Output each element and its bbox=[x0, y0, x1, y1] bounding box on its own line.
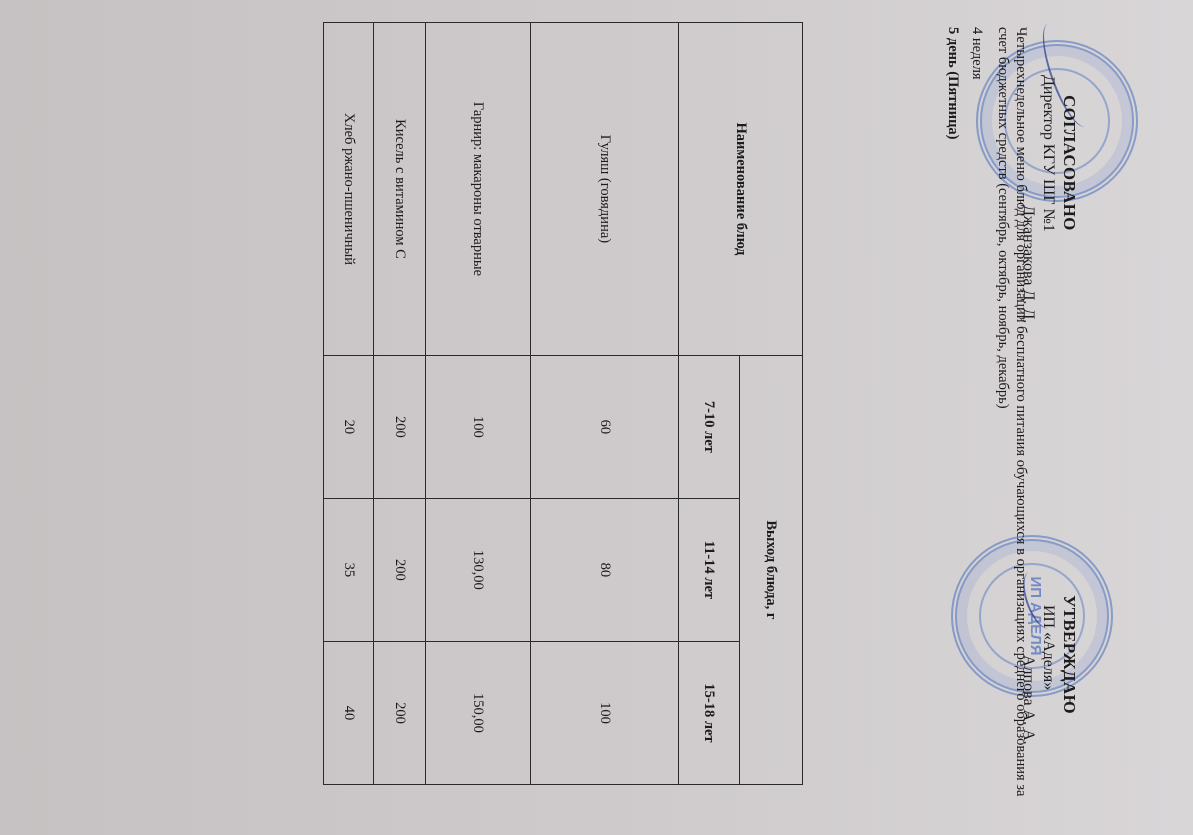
yield-value: 40 bbox=[324, 641, 374, 784]
yield-value: 200 bbox=[374, 355, 426, 498]
menu-table: Наименование блюд Выход блюда, г 7-10 ле… bbox=[323, 22, 803, 785]
approval-left-position: Директор КГУ ШГ №1 bbox=[1039, 55, 1057, 355]
dish-name: Гарнир: макароны отварные bbox=[426, 23, 531, 356]
yield-value: 200 bbox=[374, 498, 426, 641]
yield-value: 100 bbox=[531, 641, 679, 784]
approval-left-title: СОГЛАСОВАНО bbox=[1059, 55, 1079, 355]
dish-name-header: Наименование блюд bbox=[679, 23, 803, 356]
yield-value: 80 bbox=[531, 498, 679, 641]
yield-value: 60 bbox=[531, 355, 679, 498]
table-row: Гарнир: макароны отварные 100 130,00 150… bbox=[426, 23, 531, 785]
age-group-header: 15-18 лет bbox=[679, 641, 740, 784]
yield-value: 150,00 bbox=[426, 641, 531, 784]
week-label: 4 неделя bbox=[968, 27, 985, 80]
menu-description: Четырехнедельное меню блюд для организац… bbox=[994, 27, 1030, 817]
yield-value: 130,00 bbox=[426, 498, 531, 641]
day-label: 5 день (Пятница) bbox=[944, 27, 961, 140]
document-page: ИП АДЕЛЯ СОГЛАСОВАНО Директор КГУ ШГ №1 … bbox=[0, 0, 1193, 835]
yield-value: 100 bbox=[426, 355, 531, 498]
dish-name: Гуляш (говядина) bbox=[531, 23, 679, 356]
dish-name: Кисель с витамином С bbox=[374, 23, 426, 356]
yield-value: 35 bbox=[324, 498, 374, 641]
table-row: Кисель с витамином С 200 200 200 bbox=[374, 23, 426, 785]
yield-header: Выход блюда, г bbox=[740, 355, 803, 784]
yield-value: 20 bbox=[324, 355, 374, 498]
table-header-row: Наименование блюд Выход блюда, г bbox=[740, 23, 803, 785]
yield-value: 200 bbox=[374, 641, 426, 784]
table-row: Гуляш (говядина) 60 80 100 bbox=[531, 23, 679, 785]
approval-right-position: ИП «Аделя» bbox=[1039, 560, 1057, 820]
table-row: Хлеб ржано-пшеничный 20 35 40 bbox=[324, 23, 374, 785]
age-group-header: 7-10 лет bbox=[679, 355, 740, 498]
age-group-header: 11-14 лет bbox=[679, 498, 740, 641]
dish-name: Хлеб ржано-пшеничный bbox=[324, 23, 374, 356]
approval-right-title: УТВЕРЖДАЮ bbox=[1059, 560, 1079, 820]
